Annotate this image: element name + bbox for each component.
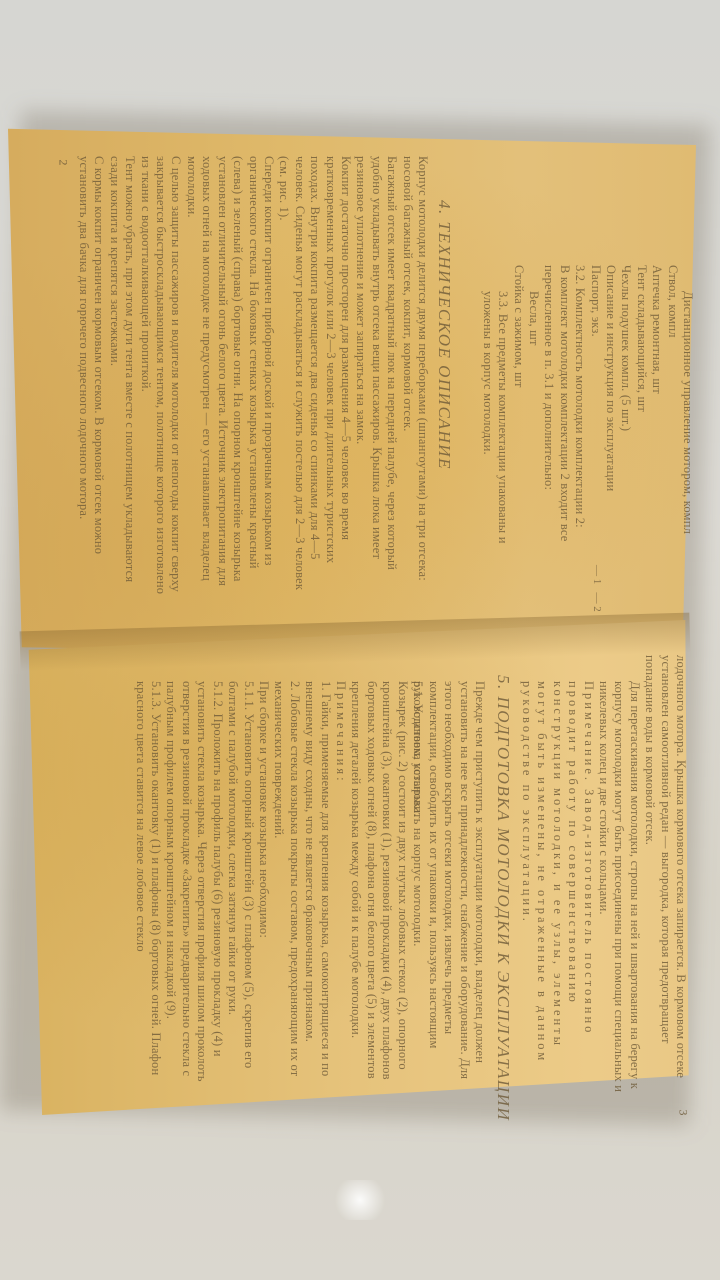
page-number: 2	[56, 160, 71, 166]
notes-heading: Примечания:	[333, 655, 348, 1085]
paragraph: Корпус мотолодки делится двумя переборка…	[399, 130, 430, 600]
paragraph: 5.1.1. Установить опорный кронштейн (3) …	[225, 655, 256, 1085]
paragraph: С кормы кокпит ограничен кормовым отсеко…	[76, 130, 107, 600]
quantity-value: — 1	[591, 565, 603, 584]
list-item: 3.3. Все предметы комплектации упакованы…	[479, 265, 510, 591]
section-title: 4. ТЕХНИЧЕСКОЕ ОПИСАНИЕ	[437, 200, 452, 610]
quantity-value: — 2	[591, 593, 603, 612]
quantity-column: — 1 — 2	[592, 565, 602, 612]
section-title: 5. ПОДГОТОВКА МОТОЛОДКИ К ЭКСПЛУАТАЦИИ	[495, 675, 510, 1095]
subsection-heading: 5.1. Установка козырька.	[410, 655, 425, 1085]
paragraph: Кокпит достаточно просторен для размещен…	[276, 130, 353, 600]
paragraph: 5.1.3. Установить окантовку (1) и плафон…	[132, 655, 163, 1085]
list-item: В комплект мотолодки комплектации 2 вход…	[541, 265, 572, 565]
section-4: 4. ТЕХНИЧЕСКОЕ ОПИСАНИЕ	[429, 140, 460, 610]
paragraph: 5.1.2. Проложить на профиль палубы (6) р…	[163, 655, 225, 1085]
paragraph: Для перетаскивания мотолодки, стропы на …	[596, 655, 642, 1095]
paragraph: Козырек (рис. 2) состоит из двух гнутых …	[348, 655, 410, 1085]
paragraph: лодочного мотора. Крышка кормового отсек…	[642, 655, 688, 1095]
page-number: 3	[676, 1110, 691, 1116]
light-reflection	[330, 1180, 390, 1220]
paragraph: 1. Гайки, применяемые для крепления козы…	[302, 655, 333, 1085]
section-5-body: 5.1. Установка козырька. Козырек (рис. 2…	[132, 655, 425, 1085]
section-4-body: Корпус мотолодки делится двумя переборка…	[76, 130, 430, 600]
paragraph: Спереди кокпит ограничен приборной доско…	[184, 130, 276, 600]
paragraph: С целью защиты пассажиров и водителя мот…	[137, 130, 183, 600]
paragraph: При сборке и установке козырька необходи…	[256, 655, 271, 1085]
note-paragraph: Примечание. Завод-изготовитель постоянно…	[519, 655, 596, 1095]
paragraph: 2. Лобовые стекла козырька покрыты соста…	[271, 655, 302, 1085]
paragraph: Тент можно убрать, при этом дуги тента в…	[106, 130, 137, 600]
paragraph: Багажный отсек имеет квадратный люк на п…	[353, 130, 399, 600]
right-page-intro: лодочного мотора. Крышка кормового отсек…	[410, 655, 688, 1095]
